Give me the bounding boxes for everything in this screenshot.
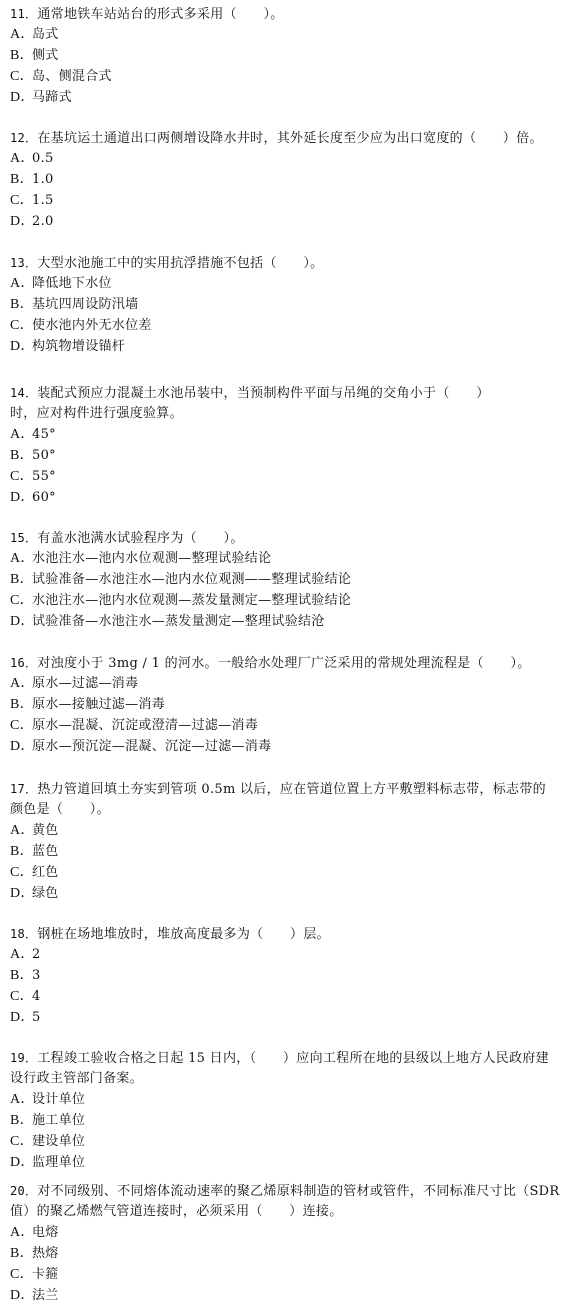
- question-stem: 15．有盖水池满水试验程序为（ ）。: [10, 530, 244, 547]
- option-text: 水池注水—池内水位观测—蒸发量测定—整理试验结论: [32, 593, 351, 608]
- answer-option: D．监理单位: [10, 1155, 85, 1171]
- option-text: 施工单位: [32, 1113, 85, 1128]
- question-stem: 17．热力管道回填土夯实到管项 0.5m 以后，应在管道位置上方平敷塑料标志带，…: [10, 781, 546, 798]
- option-text: 原水—混凝、沉淀或澄清—过滤—消毒: [32, 718, 258, 733]
- option-letter: B．: [10, 968, 32, 984]
- option-text: 5: [32, 1010, 41, 1025]
- question-stem: 14．装配式预应力混凝土水池吊装中，当预制构件平面与吊绳的交角小于（ ）: [10, 385, 490, 402]
- answer-option: C．原水—混凝、沉淀或澄清—过滤—消毒: [10, 718, 258, 734]
- option-text: 侧式: [32, 48, 59, 63]
- answer-option: C．卡箍: [10, 1267, 59, 1283]
- option-letter: A．: [10, 427, 32, 443]
- option-text: 绿色: [32, 886, 59, 901]
- option-letter: C．: [10, 469, 32, 485]
- question-text: 大型水池施工中的实用抗浮措施不包括（ ）。: [37, 256, 323, 271]
- question-number: 11．: [10, 7, 37, 21]
- answer-option: C．使水池内外无水位差: [10, 318, 152, 334]
- option-letter: A．: [10, 676, 32, 692]
- option-text: 降低地下水位: [32, 276, 112, 291]
- answer-option: C．红色: [10, 865, 59, 881]
- question-text: 颜色是（ ）。: [10, 802, 110, 817]
- option-text: 原水—预沉淀—混凝、沉淀—过滤—消毒: [32, 739, 271, 754]
- option-letter: C．: [10, 1267, 32, 1283]
- answer-option: D．原水—预沉淀—混凝、沉淀—过滤—消毒: [10, 739, 271, 755]
- option-text: 马蹄式: [32, 90, 72, 105]
- question-text: 时，应对构件进行强度验算。: [10, 406, 183, 421]
- answer-option: A．降低地下水位: [10, 276, 112, 292]
- option-letter: B．: [10, 172, 32, 188]
- option-text: 2.0: [32, 214, 54, 229]
- question-number: 12．: [10, 131, 37, 145]
- option-letter: A．: [10, 947, 32, 963]
- question-stem: 11．通常地铁车站站台的形式多采用（ ）。: [10, 6, 284, 23]
- option-letter: B．: [10, 844, 32, 860]
- option-letter: B．: [10, 1113, 32, 1129]
- option-text: 岛、侧混合式: [32, 69, 112, 84]
- option-letter: D．: [10, 1010, 32, 1026]
- option-letter: B．: [10, 448, 32, 464]
- answer-option: A．0.5: [10, 151, 54, 167]
- option-text: 红色: [32, 865, 59, 880]
- option-letter: A．: [10, 276, 32, 292]
- option-text: 原水—接触过滤—消毒: [32, 697, 165, 712]
- option-letter: D．: [10, 614, 32, 630]
- option-letter: A．: [10, 823, 32, 839]
- question-number: 18．: [10, 927, 37, 941]
- answer-option: D．法兰: [10, 1288, 59, 1304]
- answer-option: A．原水—过滤—消毒: [10, 676, 138, 692]
- question-stem-continuation: 设行政主管部门备案。: [10, 1071, 143, 1087]
- option-letter: A．: [10, 1092, 32, 1108]
- question-number: 19．: [10, 1051, 37, 1065]
- option-letter: D．: [10, 1155, 32, 1171]
- option-letter: B．: [10, 297, 32, 313]
- answer-option: A．45°: [10, 427, 56, 443]
- answer-option: B．3: [10, 968, 41, 984]
- answer-option: B．试验准备—水池注水—池内水位观测——整理试验结论: [10, 572, 351, 588]
- answer-option: B．原水—接触过滤—消毒: [10, 697, 165, 713]
- option-letter: C．: [10, 593, 32, 609]
- question-text: 有盖水池满水试验程序为（ ）。: [37, 531, 243, 546]
- question-text: 装配式预应力混凝土水池吊装中，当预制构件平面与吊绳的交角小于（ ）: [37, 386, 489, 401]
- option-text: 4: [32, 989, 41, 1004]
- answer-option: B．施工单位: [10, 1113, 85, 1129]
- question-number: 20．: [10, 1184, 37, 1198]
- option-text: 电熔: [32, 1225, 59, 1240]
- answer-option: B．热熔: [10, 1246, 59, 1262]
- option-text: 原水—过滤—消毒: [32, 676, 138, 691]
- option-letter: D．: [10, 490, 32, 506]
- question-number: 16．: [10, 656, 37, 670]
- option-letter: B．: [10, 1246, 32, 1262]
- option-text: 1.0: [32, 172, 54, 187]
- answer-option: B．基坑四周设防汛墙: [10, 297, 138, 313]
- answer-option: D．构筑物增设锚杆: [10, 339, 125, 355]
- question-number: 13．: [10, 256, 37, 270]
- option-text: 监理单位: [32, 1155, 85, 1170]
- option-letter: C．: [10, 1134, 32, 1150]
- answer-option: D．马蹄式: [10, 90, 72, 106]
- option-letter: D．: [10, 214, 32, 230]
- answer-option: B．侧式: [10, 48, 59, 64]
- answer-option: A．水池注水—池内水位观测—整理试验结论: [10, 551, 271, 567]
- option-letter: B．: [10, 48, 32, 64]
- answer-option: D．绿色: [10, 886, 59, 902]
- question-text: 钢桩在场地堆放时，堆放高度最多为（ ）层。: [37, 927, 330, 942]
- question-stem: 16．对浊度小于 3mg / 1 的河水。一般给水处理厂广泛采用的常规处理流程是…: [10, 655, 531, 672]
- answer-option: D．5: [10, 1010, 41, 1026]
- option-text: 水池注水—池内水位观测—整理试验结论: [32, 551, 271, 566]
- option-text: 60°: [32, 490, 56, 505]
- option-letter: A．: [10, 551, 32, 567]
- question-number: 15．: [10, 531, 37, 545]
- question-text: 对浊度小于 3mg / 1 的河水。一般给水处理厂广泛采用的常规处理流程是（ ）…: [37, 656, 530, 671]
- option-text: 50°: [32, 448, 56, 463]
- option-text: 蓝色: [32, 844, 59, 859]
- question-stem: 13．大型水池施工中的实用抗浮措施不包括（ ）。: [10, 255, 323, 272]
- option-text: 2: [32, 947, 41, 962]
- question-stem-continuation: 值）的聚乙烯燃气管道连接时，必须采用（ ）连接。: [10, 1204, 343, 1220]
- answer-option: A．电熔: [10, 1225, 59, 1241]
- question-stem-continuation: 颜色是（ ）。: [10, 802, 110, 818]
- option-text: 岛式: [32, 27, 59, 42]
- option-letter: B．: [10, 697, 32, 713]
- option-text: 使水池内外无水位差: [32, 318, 152, 333]
- option-letter: D．: [10, 886, 32, 902]
- option-letter: D．: [10, 339, 32, 355]
- answer-option: C．建设单位: [10, 1134, 85, 1150]
- option-text: 建设单位: [32, 1134, 85, 1149]
- option-text: 3: [32, 968, 41, 983]
- question-text: 通常地铁车站站台的形式多采用（ ）。: [37, 7, 283, 22]
- question-text: 热力管道回填土夯实到管项 0.5m 以后，应在管道位置上方平敷塑料标志带，标志带…: [37, 782, 546, 797]
- answer-option: D．2.0: [10, 214, 54, 230]
- option-text: 基坑四周设防汛墙: [32, 297, 138, 312]
- option-text: 试验准备—水池注水—蒸发量测定—整理试验结沧: [32, 614, 325, 629]
- question-stem: 18．钢桩在场地堆放时，堆放高度最多为（ ）层。: [10, 926, 330, 943]
- option-text: 0.5: [32, 151, 54, 166]
- option-text: 黄色: [32, 823, 59, 838]
- option-text: 构筑物增设锚杆: [32, 339, 125, 354]
- option-letter: A．: [10, 151, 32, 167]
- option-text: 试验准备—水池注水—池内水位观测——整理试验结论: [32, 572, 351, 587]
- question-number: 17．: [10, 782, 37, 796]
- answer-option: A．设计单位: [10, 1092, 85, 1108]
- option-letter: A．: [10, 27, 32, 43]
- answer-option: B．50°: [10, 448, 56, 464]
- option-letter: A．: [10, 1225, 32, 1241]
- option-text: 卡箍: [32, 1267, 59, 1282]
- answer-option: C．1.5: [10, 193, 54, 209]
- question-stem: 19．工程竣工验收合格之日起 15 日内，（ ）应向工程所在地的县级以上地方人民…: [10, 1050, 549, 1067]
- option-letter: D．: [10, 1288, 32, 1304]
- answer-option: A．岛式: [10, 27, 59, 43]
- option-letter: D．: [10, 739, 32, 755]
- option-letter: C．: [10, 718, 32, 734]
- answer-option: D．试验准备—水池注水—蒸发量测定—整理试验结沧: [10, 614, 325, 630]
- answer-option: D．60°: [10, 490, 56, 506]
- option-text: 1.5: [32, 193, 54, 208]
- option-letter: C．: [10, 318, 32, 334]
- question-text: 值）的聚乙烯燃气管道连接时，必须采用（ ）连接。: [10, 1204, 343, 1219]
- answer-option: A．黄色: [10, 823, 59, 839]
- answer-option: C．4: [10, 989, 41, 1005]
- answer-option: C．岛、侧混合式: [10, 69, 112, 85]
- option-text: 热熔: [32, 1246, 59, 1261]
- option-letter: C．: [10, 193, 32, 209]
- answer-option: A．2: [10, 947, 41, 963]
- option-letter: B．: [10, 572, 32, 588]
- question-text: 设行政主管部门备案。: [10, 1071, 143, 1086]
- question-stem: 12．在基坑运土通道出口两侧增设降水井时，其外延长度至少应为出口宽度的（ ）倍。: [10, 130, 543, 147]
- option-letter: D．: [10, 90, 32, 106]
- answer-option: C．55°: [10, 469, 56, 485]
- question-number: 14．: [10, 386, 37, 400]
- option-letter: C．: [10, 989, 32, 1005]
- option-text: 设计单位: [32, 1092, 85, 1107]
- question-text: 工程竣工验收合格之日起 15 日内，（ ）应向工程所在地的县级以上地方人民政府建: [37, 1051, 549, 1066]
- answer-option: B．1.0: [10, 172, 54, 188]
- question-text: 对不同级别、不同熔体流动速率的聚乙烯原料制造的管材或管件，不同标准尺寸比（SDR: [37, 1184, 559, 1199]
- question-text: 在基坑运土通道出口两侧增设降水井时，其外延长度至少应为出口宽度的（ ）倍。: [37, 131, 542, 146]
- option-letter: C．: [10, 865, 32, 881]
- answer-option: B．蓝色: [10, 844, 59, 860]
- question-stem: 20．对不同级别、不同熔体流动速率的聚乙烯原料制造的管材或管件，不同标准尺寸比（…: [10, 1183, 559, 1200]
- question-stem-continuation: 时，应对构件进行强度验算。: [10, 406, 183, 422]
- answer-option: C．水池注水—池内水位观测—蒸发量测定—整理试验结论: [10, 593, 351, 609]
- option-letter: C．: [10, 69, 32, 85]
- option-text: 45°: [32, 427, 56, 442]
- option-text: 法兰: [32, 1288, 59, 1303]
- option-text: 55°: [32, 469, 56, 484]
